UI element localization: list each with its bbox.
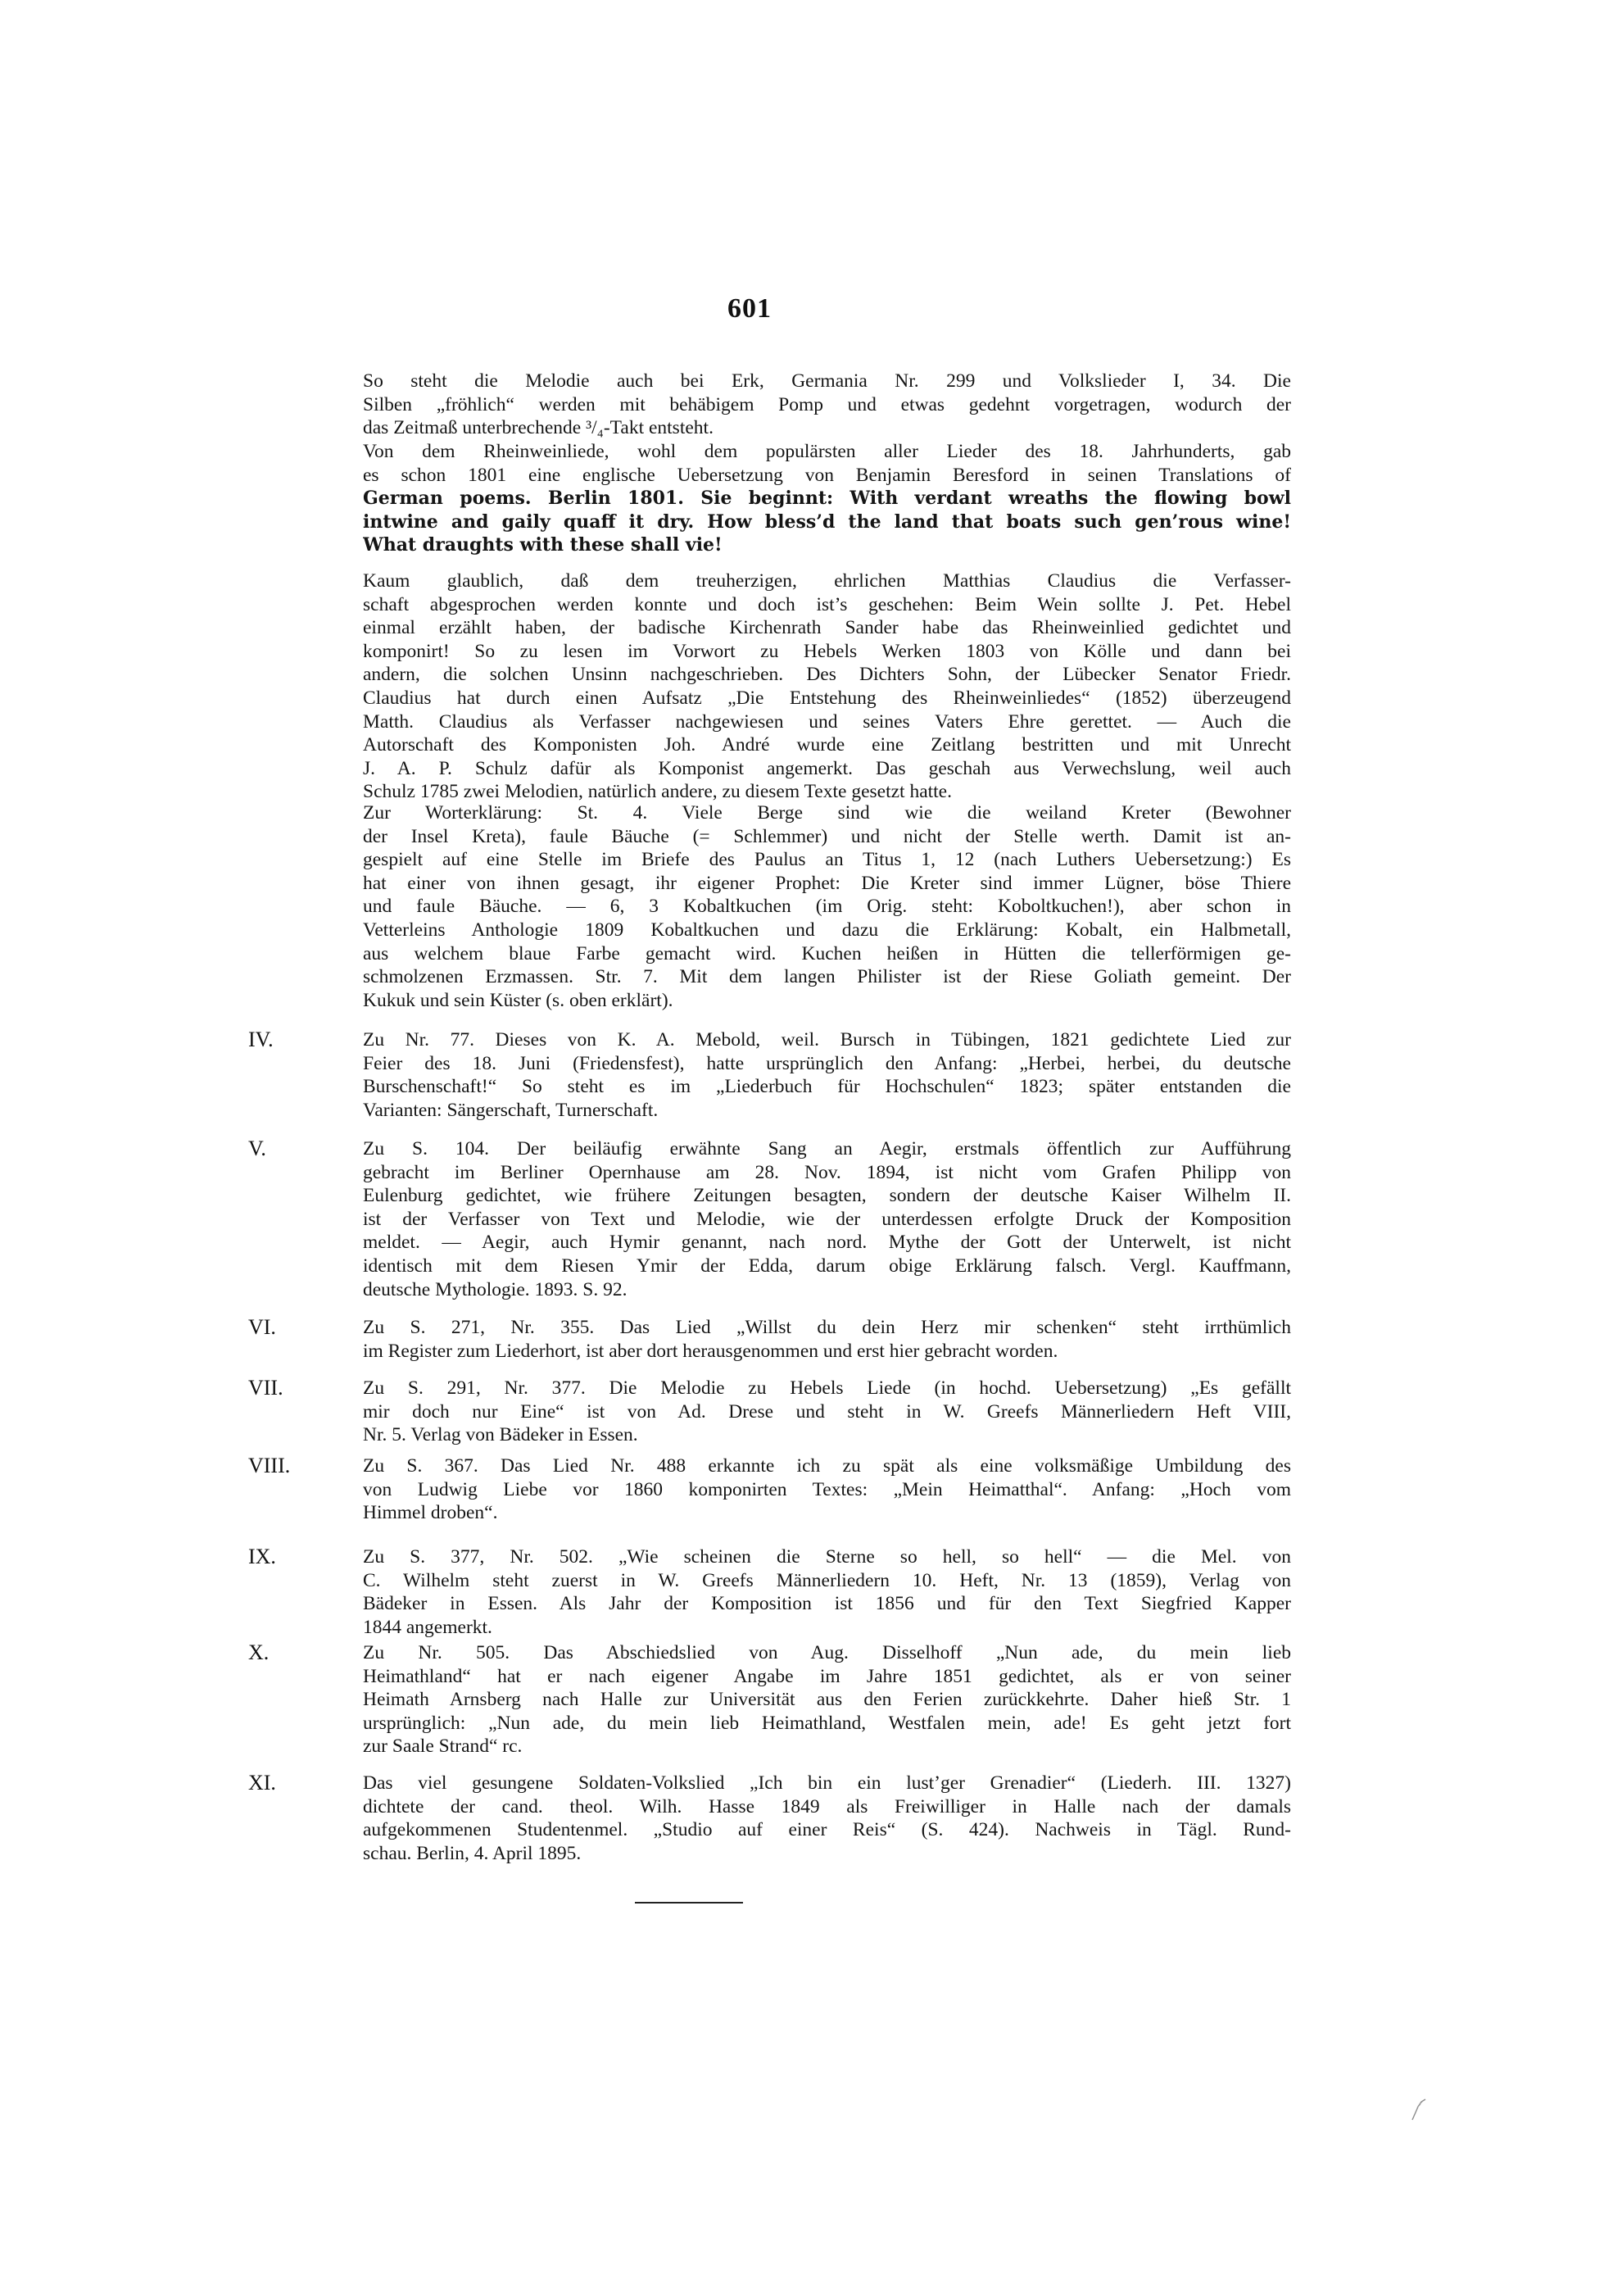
text-line: Zu S. 377, Nr. 502. „Wie scheinen die St… bbox=[363, 1545, 1291, 1568]
section-numeral: IV. bbox=[248, 1028, 274, 1051]
text-line: Schulz 1785 zwei Melodien, natürlich and… bbox=[363, 780, 1291, 803]
text-line: andern, die solchen Unsinn nachgeschrieb… bbox=[363, 663, 1291, 686]
text-line: mir doch nur Eine“ ist von Ad. Drese und… bbox=[363, 1400, 1291, 1423]
text-line: hat einer von ihnen gesagt, ihr eigener … bbox=[363, 872, 1291, 895]
text-line: zur Saale Strand“ rc. bbox=[363, 1735, 1291, 1758]
text-line: What draughts with these shall vie! bbox=[363, 533, 1291, 556]
text-line: J. A. P. Schulz dafür als Komponist ange… bbox=[363, 757, 1291, 780]
text-line: meldet. — Aegir, auch Hymir genannt, nac… bbox=[363, 1231, 1291, 1254]
section-numeral: VII. bbox=[248, 1377, 283, 1400]
text-line: Zu Nr. 505. Das Abschiedslied von Aug. D… bbox=[363, 1641, 1291, 1664]
section-numeral: VIII. bbox=[248, 1454, 290, 1477]
text-line: ursprünglich: „Nun ade, du mein lieb Hei… bbox=[363, 1712, 1291, 1735]
text-line: und faule Bäuche. — 6, 3 Kobaltkuchen (i… bbox=[363, 895, 1291, 918]
text-line: Von dem Rheinweinliede, wohl dem populär… bbox=[363, 440, 1291, 463]
text-line: Kaum glaublich, daß dem treuherzigen, eh… bbox=[363, 569, 1291, 592]
text-line: Zu S. 291, Nr. 377. Die Melodie zu Hebel… bbox=[363, 1377, 1291, 1400]
pencil-mark-icon bbox=[1411, 2098, 1427, 2121]
text-line: Silben „fröhlich“ werden mit behäbigem P… bbox=[363, 393, 1291, 416]
section-numeral: XI. bbox=[248, 1772, 276, 1795]
text-line: Zu S. 104. Der beiläufig erwähnte Sang a… bbox=[363, 1137, 1291, 1160]
text-line: der Insel Kreta), faule Bäuche (= Schlem… bbox=[363, 825, 1291, 848]
text-line: schau. Berlin, 4. April 1895. bbox=[363, 1842, 1291, 1865]
text-line: C. Wilhelm steht zuerst in W. Greefs Män… bbox=[363, 1569, 1291, 1592]
text-line: Nr. 5. Verlag von Bädeker in Essen. bbox=[363, 1423, 1291, 1446]
text-line: es schon 1801 eine englische Uebersetzun… bbox=[363, 464, 1291, 487]
section-numeral: X. bbox=[248, 1641, 269, 1664]
text-line: Himmel droben“. bbox=[363, 1501, 1291, 1524]
text-line: intwine and gaily quaff it dry. How bles… bbox=[363, 510, 1291, 533]
book-page: 601 So steht die Melodie auch bei Erk, G… bbox=[0, 0, 1622, 2296]
text-line: schaft abgesprochen werden konnte und do… bbox=[363, 593, 1291, 616]
text-line: Bädeker in Essen. Als Jahr der Kompositi… bbox=[363, 1592, 1291, 1615]
section-numeral: V. bbox=[248, 1137, 266, 1160]
text-line: Vetterleins Anthologie 1809 Kobaltkuchen… bbox=[363, 919, 1291, 942]
text-line: Das viel gesungene Soldaten-Volkslied „I… bbox=[363, 1772, 1291, 1795]
text-line: Feier des 18. Juni (Friedensfest), hatte… bbox=[363, 1052, 1291, 1075]
text-line: deutsche Mythologie. 1893. S. 92. bbox=[363, 1278, 1291, 1301]
text-line: German poems. Berlin 1801. Sie beginnt: … bbox=[363, 487, 1291, 510]
section-numeral: VI. bbox=[248, 1316, 276, 1339]
text-line: Heimath Arnsberg nach Halle zur Universi… bbox=[363, 1688, 1291, 1711]
text-line: So steht die Melodie auch bei Erk, Germa… bbox=[363, 370, 1291, 392]
text-line: Zu S. 367. Das Lied Nr. 488 erkannte ich… bbox=[363, 1454, 1291, 1477]
text-line: Kukuk und sein Küster (s. oben erklärt). bbox=[363, 989, 1291, 1012]
section-numeral: IX. bbox=[248, 1545, 276, 1568]
text-line: Varianten: Sängerschaft, Turnerschaft. bbox=[363, 1099, 1291, 1122]
text-line: identisch mit dem Riesen Ymir der Edda, … bbox=[363, 1255, 1291, 1277]
text-line: Heimathland“ hat er nach eigener Angabe … bbox=[363, 1665, 1291, 1688]
text-line: Zu Nr. 77. Dieses von K. A. Mebold, weil… bbox=[363, 1028, 1291, 1051]
text-line: Matth. Claudius als Verfasser nachgewies… bbox=[363, 710, 1291, 733]
text-line: Eulenburg gedichtet, wie frühere Zeitung… bbox=[363, 1184, 1291, 1207]
text-line: das Zeitmaß unterbrechende ³/₄-Takt ents… bbox=[363, 416, 1291, 439]
text-line: aufgekommenen Studentenmel. „Studio auf … bbox=[363, 1818, 1291, 1841]
text-line: 1844 angemerkt. bbox=[363, 1616, 1291, 1639]
text-line: gespielt auf eine Stelle im Briefe des P… bbox=[363, 848, 1291, 871]
text-line: dichtete der cand. theol. Wilh. Hasse 18… bbox=[363, 1795, 1291, 1818]
text-line: komponirt! So zu lesen im Vorwort zu Heb… bbox=[363, 640, 1291, 663]
page-number: 601 bbox=[727, 293, 772, 324]
text-line: Claudius hat durch einen Aufsatz „Die En… bbox=[363, 687, 1291, 710]
text-line: schmolzenen Erzmassen. Str. 7. Mit dem l… bbox=[363, 965, 1291, 988]
text-line: im Register zum Liederhort, ist aber dor… bbox=[363, 1340, 1291, 1363]
text-line: gebracht im Berliner Opernhause am 28. N… bbox=[363, 1161, 1291, 1184]
text-line: Zu S. 271, Nr. 355. Das Lied „Willst du … bbox=[363, 1316, 1291, 1339]
text-line: Autorschaft des Komponisten Joh. André w… bbox=[363, 733, 1291, 756]
text-line: einmal erzählt haben, der badische Kirch… bbox=[363, 616, 1291, 639]
text-line: Zur Worterklärung: St. 4. Viele Berge si… bbox=[363, 801, 1291, 824]
text-line: ist der Verfasser von Text und Melodie, … bbox=[363, 1208, 1291, 1231]
text-line: Burschenschaft!“ So steht es im „Liederb… bbox=[363, 1075, 1291, 1098]
text-line: von Ludwig Liebe vor 1860 komponirten Te… bbox=[363, 1478, 1291, 1501]
text-line: aus welchem blaue Farbe gemacht wird. Ku… bbox=[363, 942, 1291, 965]
closing-rule bbox=[635, 1902, 743, 1904]
